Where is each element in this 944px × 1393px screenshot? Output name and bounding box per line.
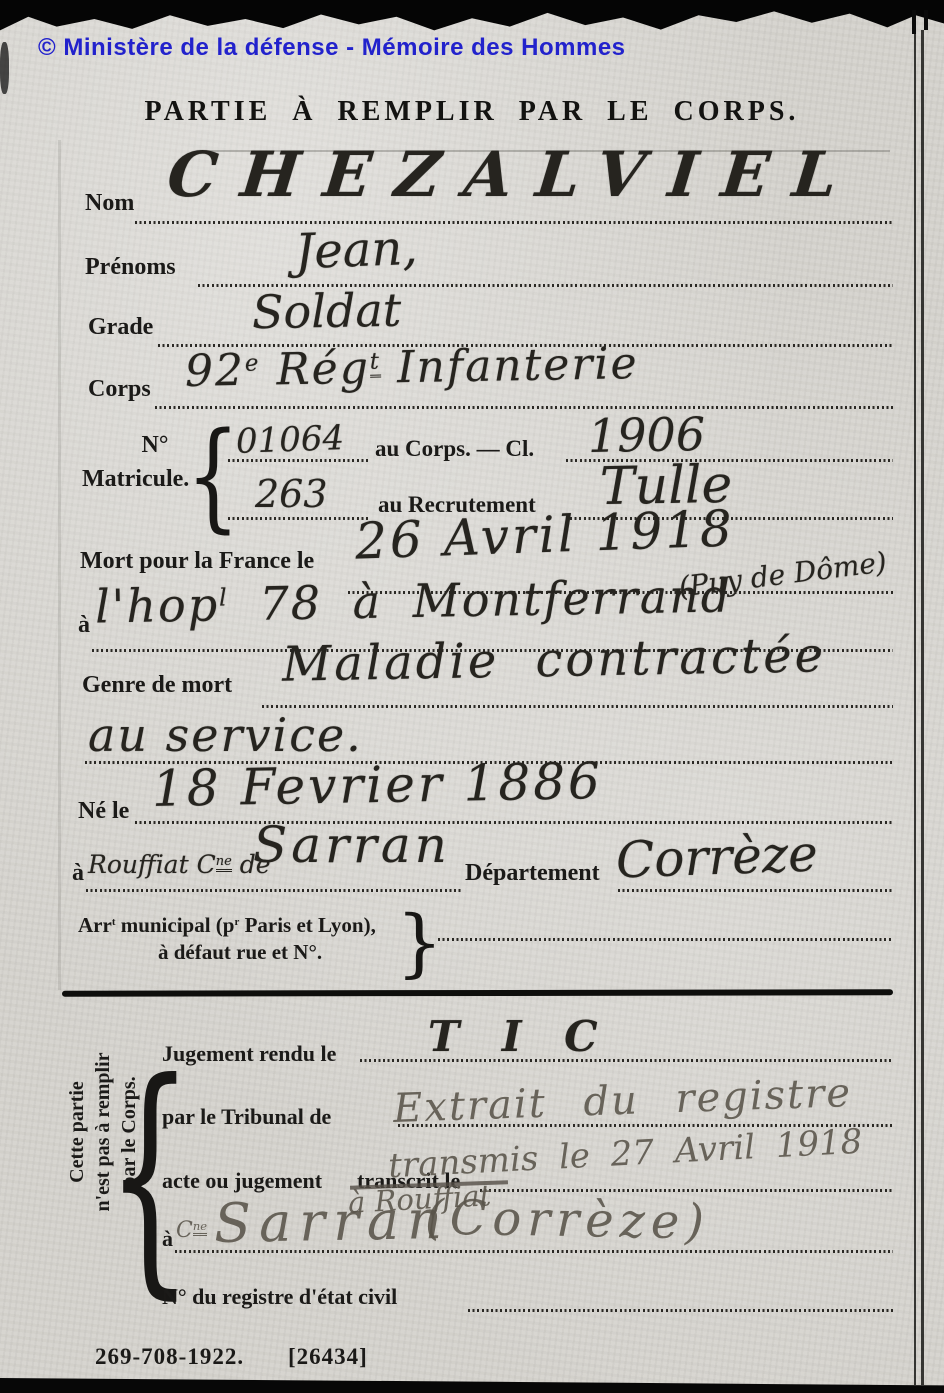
edge-mark — [912, 10, 916, 34]
footer-imprint: 269-708-1922. — [95, 1344, 244, 1370]
mort-date: 26 Avril 1918 — [354, 499, 736, 570]
matricule-numero-recrutement: 263 — [255, 472, 328, 516]
lieu-deces-value: l'hopl 78 à Montferrand — [95, 568, 733, 633]
corps-value-fragment: Rég — [260, 343, 370, 396]
dotted-line — [135, 221, 893, 224]
mort-label: Mort pour la France le — [80, 548, 314, 575]
naissance-label: Né le — [78, 798, 129, 825]
section-divider — [62, 989, 893, 996]
lieu-deces-fragment: l'hop — [95, 577, 220, 633]
lieu-naissance-commune: Sarran — [253, 816, 451, 874]
arr-fragment: Paris et Lyon), — [239, 913, 376, 937]
page-edge-line — [921, 30, 924, 1385]
field-value-grade: Soldat — [252, 283, 402, 340]
corps-value-fragment: Infanterie — [381, 338, 639, 393]
lieu-deces-fragment: 78 à Montferrand — [228, 568, 732, 631]
lieu-transcription-label: à — [162, 1226, 173, 1252]
torn-paper-edge — [0, 0, 944, 38]
corps-value-superscript: t — [370, 348, 382, 377]
lieu-naissance-label: à — [72, 860, 84, 887]
corps-value-superscript: e — [245, 350, 261, 376]
matricule-numero-corps: 01064 — [235, 418, 345, 462]
watermark: © Ministère de la défense - Mémoire des … — [38, 34, 626, 62]
dotted-line — [438, 938, 893, 941]
dotted-line — [135, 821, 893, 824]
jugement-value: T I C — [428, 1012, 612, 1061]
commune-superscript: ne — [216, 854, 232, 872]
departement-value: Corrèze — [615, 824, 819, 889]
matricule-label-line1: N° — [118, 432, 192, 459]
tribunal-label: par le Tribunal de — [162, 1104, 331, 1130]
form-title: PARTIE À REMPLIR PAR LE CORPS. — [142, 96, 802, 128]
dotted-line — [618, 889, 893, 892]
field-value-prenoms: Jean, — [294, 220, 418, 280]
genre-mort-value: Maladie contractée — [282, 627, 827, 692]
departement-label: Département — [465, 860, 600, 887]
dotted-line — [175, 1250, 893, 1253]
arrondissement-label-line1: Arrt municipal (pr Paris et Lyon), — [78, 913, 376, 938]
arr-fragment: Arr — [78, 913, 112, 937]
genre-mort-value-2: au service. — [88, 708, 363, 762]
dotted-line — [155, 406, 893, 409]
record-card: © Ministère de la défense - Mémoire des … — [0, 0, 944, 1393]
dotted-line — [228, 459, 368, 462]
dotted-line — [86, 889, 462, 892]
edge-smudge — [0, 42, 9, 94]
page-edge-line — [914, 30, 916, 1385]
scan-bottom-edge — [0, 1373, 944, 1393]
field-label-prenoms: Prénoms — [85, 254, 176, 281]
lieu-transcription-prefix: Cne — [176, 1218, 207, 1243]
transcription-value: transmis le 27 Avril 1918 — [387, 1122, 863, 1187]
jugement-label: Jugement rendu le — [162, 1041, 336, 1067]
field-label-corps: Corps — [88, 376, 151, 403]
field-value-nom: CHEZALVIEL — [164, 138, 864, 211]
lieu-transcription-suffix: (Corrèze) — [425, 1190, 711, 1251]
tribunal-value: Extrait du registre — [392, 1070, 852, 1132]
registre-label: N° du registre d'état civil — [162, 1284, 397, 1310]
footer-reference: [26434] — [288, 1344, 368, 1370]
arrondissement-brace: } — [396, 903, 443, 983]
au-corps-label: au Corps. — Cl. — [375, 436, 534, 462]
field-label-nom: Nom — [85, 190, 134, 217]
naissance-date: 18 Fevrier 1886 — [152, 752, 604, 818]
paper-crease — [58, 140, 61, 990]
field-value-corps: 92e Régt Infanterie — [185, 338, 639, 397]
prefix-fragment: C — [176, 1218, 193, 1243]
lieu-naissance-commune-small: Rouffiat Cne de — [88, 850, 271, 879]
arr-fragment: municipal (p — [115, 913, 234, 937]
dotted-line — [360, 1059, 893, 1062]
matricule-label-line2: Matricule. — [82, 466, 189, 493]
commune-fragment: Rouffiat C — [88, 850, 216, 879]
dotted-line — [228, 517, 368, 520]
lieu-deces-superscript: l — [219, 583, 229, 611]
genre-mort-label: Genre de mort — [82, 672, 232, 699]
field-label-grade: Grade — [88, 314, 153, 341]
side-note-line: Cette partie — [64, 1006, 90, 1258]
dotted-line — [468, 1309, 893, 1312]
edge-mark — [924, 10, 928, 30]
prefix-superscript: ne — [193, 1219, 207, 1236]
lieu-deces-label: à — [78, 612, 90, 639]
arrondissement-label-line2: à défaut rue et N°. — [158, 940, 322, 965]
corps-value-fragment: 92 — [185, 345, 246, 397]
